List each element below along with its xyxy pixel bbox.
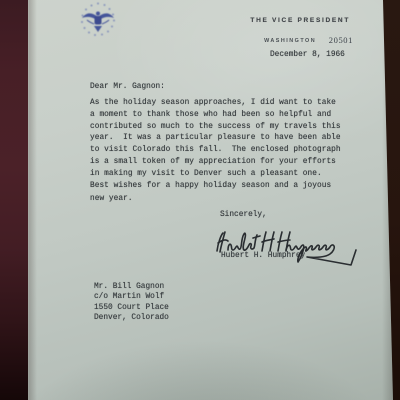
recipient-address: Mr. Bill Gagnon c/o Martin Wolf 1550 Cou… [94,282,169,323]
letter-paper: THE VICE PRESIDENT WASHINGTON 20501 Dece… [0,0,400,400]
body-paragraph-1: As the holiday season approaches, I did … [90,98,341,181]
closing: Sincerely, [220,211,267,220]
letterhead-address-line: WASHINGTON 20501 [200,30,353,48]
letterhead-city: WASHINGTON [264,38,316,44]
salutation: Dear Mr. Gagnon: [90,83,165,92]
vice-president-seal-icon [79,1,117,38]
letter-date: December 8, 1966 [270,51,345,60]
letterhead-title: THE VICE PRESIDENT [200,17,350,24]
letterhead-zip: 20501 [329,35,353,45]
photo-frame: THE VICE PRESIDENT WASHINGTON 20501 Dece… [0,0,400,400]
photo-background-left [0,0,30,400]
body-paragraph-2: Best wishes for a happy holiday season a… [90,180,331,205]
handwritten-signature [208,224,360,270]
